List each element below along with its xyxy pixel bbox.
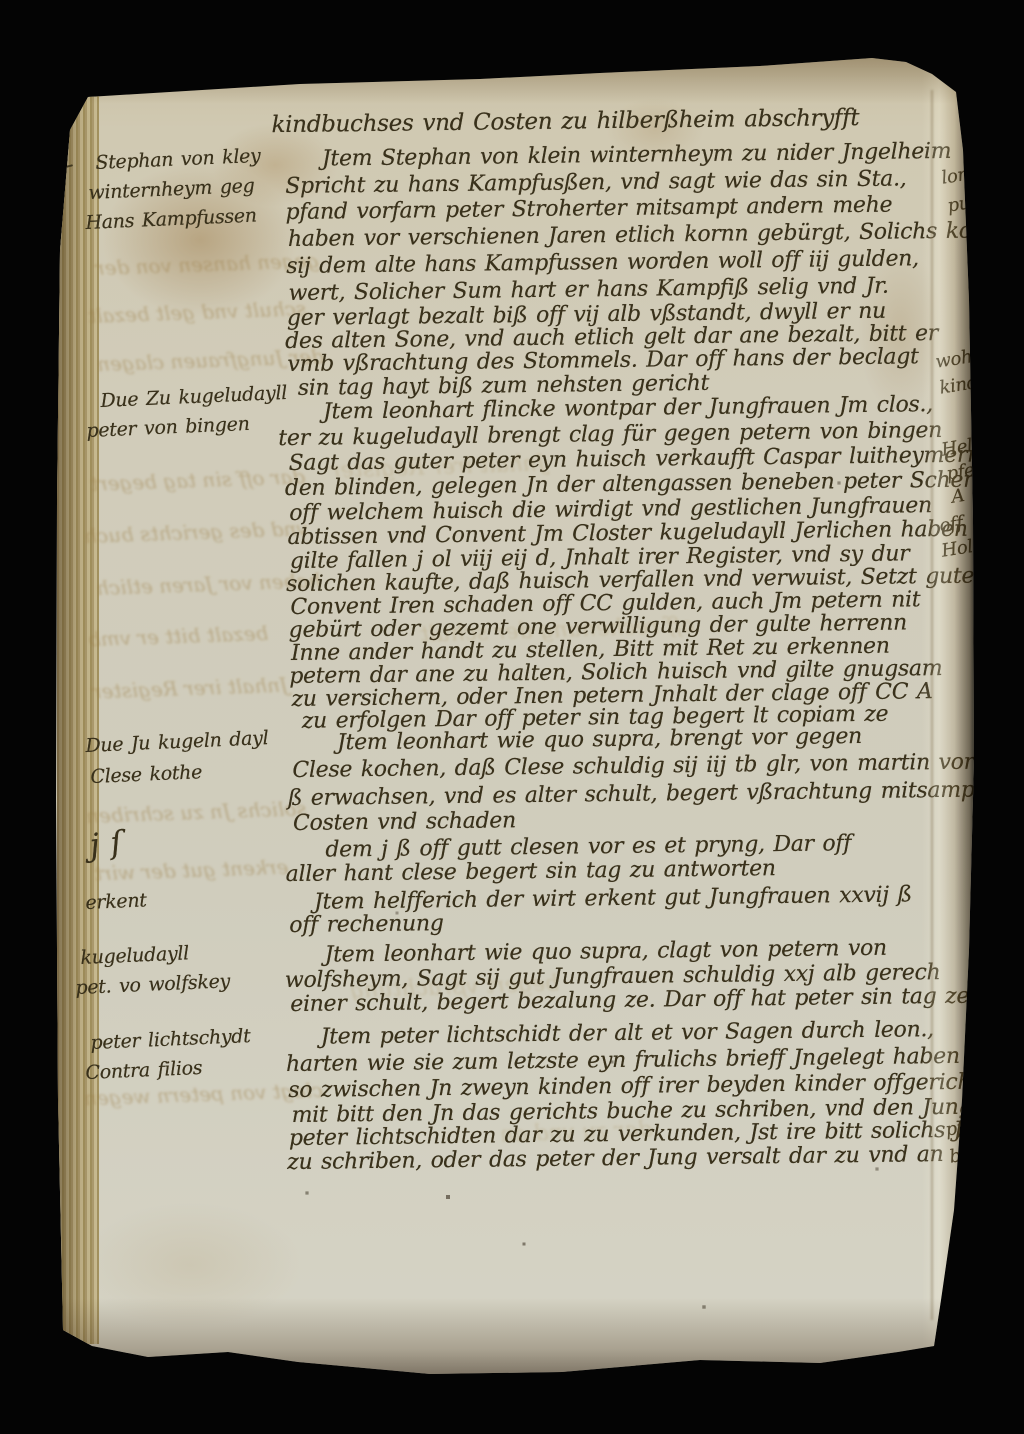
manuscript-page: gegen hansen von der schult vnd gelt bez… bbox=[0, 0, 1024, 1434]
main-text-block: kindbuchses vnd Costen zu hilberßheim ab… bbox=[283, 0, 1010, 1434]
showthrough-line: schult vnd gelt bezalt bbox=[88, 296, 307, 328]
bottom-edge-shadow bbox=[58, 1298, 963, 1376]
entry-line: Jtem leonhart wie quo supra, brengt vor … bbox=[337, 724, 862, 755]
entry-line: Costen vnd schaden bbox=[293, 808, 516, 836]
page-heading: kindbuchses vnd Costen zu hilberßheim ab… bbox=[271, 105, 859, 138]
showthrough-line: vnd des gerichts buch bbox=[84, 516, 308, 548]
showthrough-line: dar off sin tag begert bbox=[90, 464, 306, 495]
paper-specks bbox=[0, 0, 2, 2]
showthrough-line: bezalt bitt er vmb bbox=[88, 621, 269, 651]
entry-line: aller hant clese begert sin tag zu antwo… bbox=[286, 856, 776, 887]
manuscript-photo: gegen hansen von der schult vnd gelt bez… bbox=[0, 0, 1024, 1434]
entry-line: ß erwachsen, vnd es alter schult, begert… bbox=[288, 778, 984, 811]
entry-line: Jtem helfferich der wirt erkent gut Jung… bbox=[314, 882, 912, 914]
margin-mark: j ſ bbox=[88, 825, 124, 864]
showthrough-line: Jnhalt irer Register bbox=[92, 673, 289, 704]
entry-line: off rechenung bbox=[289, 911, 444, 938]
showthrough-line: solichs Jn zu schriben bbox=[86, 796, 307, 828]
top-edge-shadow bbox=[60, 58, 960, 104]
page-crease bbox=[931, 90, 933, 1320]
margin-note-line: erkent bbox=[85, 889, 147, 914]
